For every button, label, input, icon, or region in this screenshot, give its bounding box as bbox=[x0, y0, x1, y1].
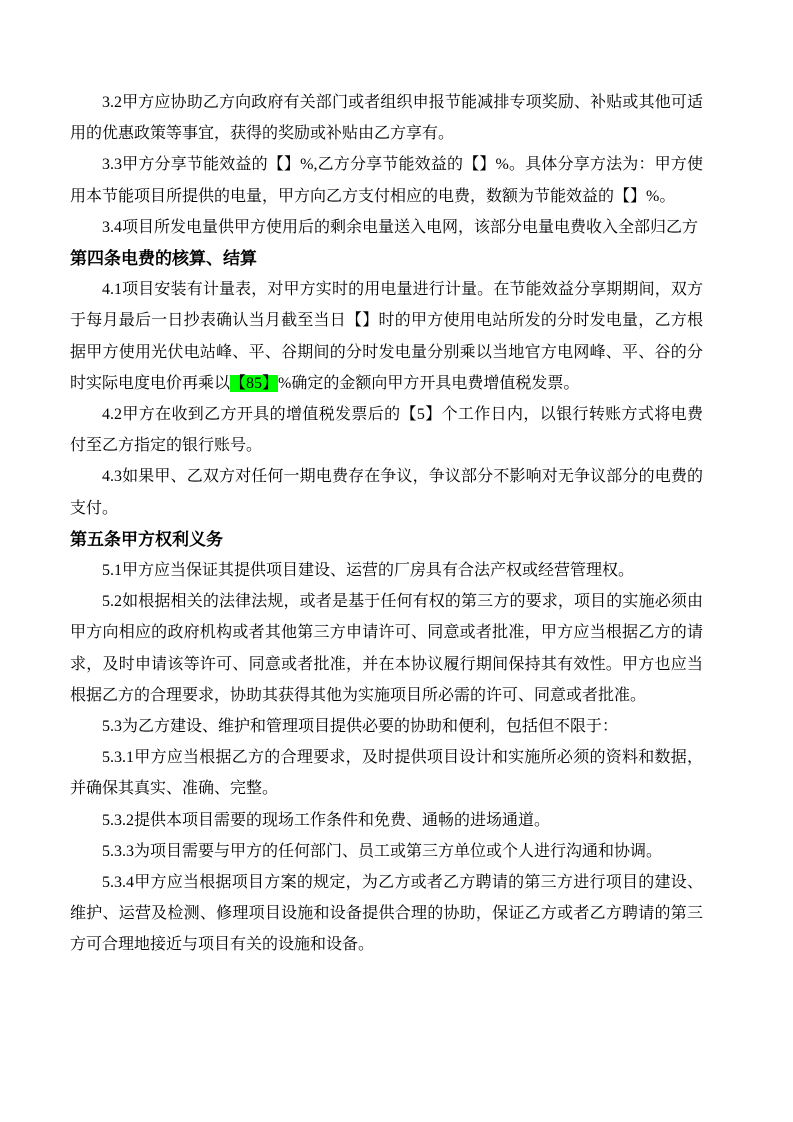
clause-3-4: 3.4项目所发电量供甲方使用后的剩余电量送入电网，该部分电量电费收入全部归乙方 bbox=[70, 212, 703, 243]
section-4-heading: 第四条电费的核算、结算 bbox=[70, 243, 703, 274]
clause-3-2: 3.2甲方应协助乙方向政府有关部门或者组织申报节能减排专项奖励、补贴或其他可适用… bbox=[70, 87, 703, 149]
clause-5-3-1: 5.3.1甲方应当根据乙方的合理要求，及时提供项目设计和实施所必须的资料和数据，… bbox=[70, 742, 703, 804]
clause-5-3-4: 5.3.4甲方应当根据项目方案的规定，为乙方或者乙方聘请的第三方进行项目的建设、… bbox=[70, 867, 703, 961]
clause-3-3: 3.3甲方分享节能效益的【】%,乙方分享节能效益的【】%。具体分享方法为：甲方使… bbox=[70, 149, 703, 211]
highlighted-percentage-value: 【85】 bbox=[230, 375, 278, 392]
clause-5-3-2: 5.3.2提供本项目需要的现场工作条件和免费、通畅的进场通道。 bbox=[70, 805, 703, 836]
clause-4-1-text-after-highlight: %确定的金额向甲方开具电费增值税发票。 bbox=[278, 375, 579, 392]
clause-4-2: 4.2甲方在收到乙方开具的增值税发票后的【5】个工作日内，以银行转账方式将电费付… bbox=[70, 399, 703, 461]
clause-5-3-3: 5.3.3为项目需要与甲方的任何部门、员工或第三方单位或个人进行沟通和协调。 bbox=[70, 836, 703, 867]
clause-5-2: 5.2如根据相关的法律法规，或者是基于任何有权的第三方的要求，项目的实施必须由甲… bbox=[70, 586, 703, 711]
clause-4-3: 4.3如果甲、乙双方对任何一期电费存在争议，争议部分不影响对无争议部分的电费的支… bbox=[70, 461, 703, 523]
clause-5-3: 5.3为乙方建设、维护和管理项目提供必要的协助和便利，包括但不限于： bbox=[70, 711, 703, 742]
clause-4-1: 4.1项目安装有计量表，对甲方实时的用电量进行计量。在节能效益分享期期间，双方于… bbox=[70, 274, 703, 399]
document-page: 3.2甲方应协助乙方向政府有关部门或者组织申报节能减排专项奖励、补贴或其他可适用… bbox=[0, 0, 793, 1122]
clause-5-1: 5.1甲方应当保证其提供项目建设、运营的厂房具有合法产权或经营管理权。 bbox=[70, 555, 703, 586]
section-5-heading: 第五条甲方权利义务 bbox=[70, 524, 703, 555]
